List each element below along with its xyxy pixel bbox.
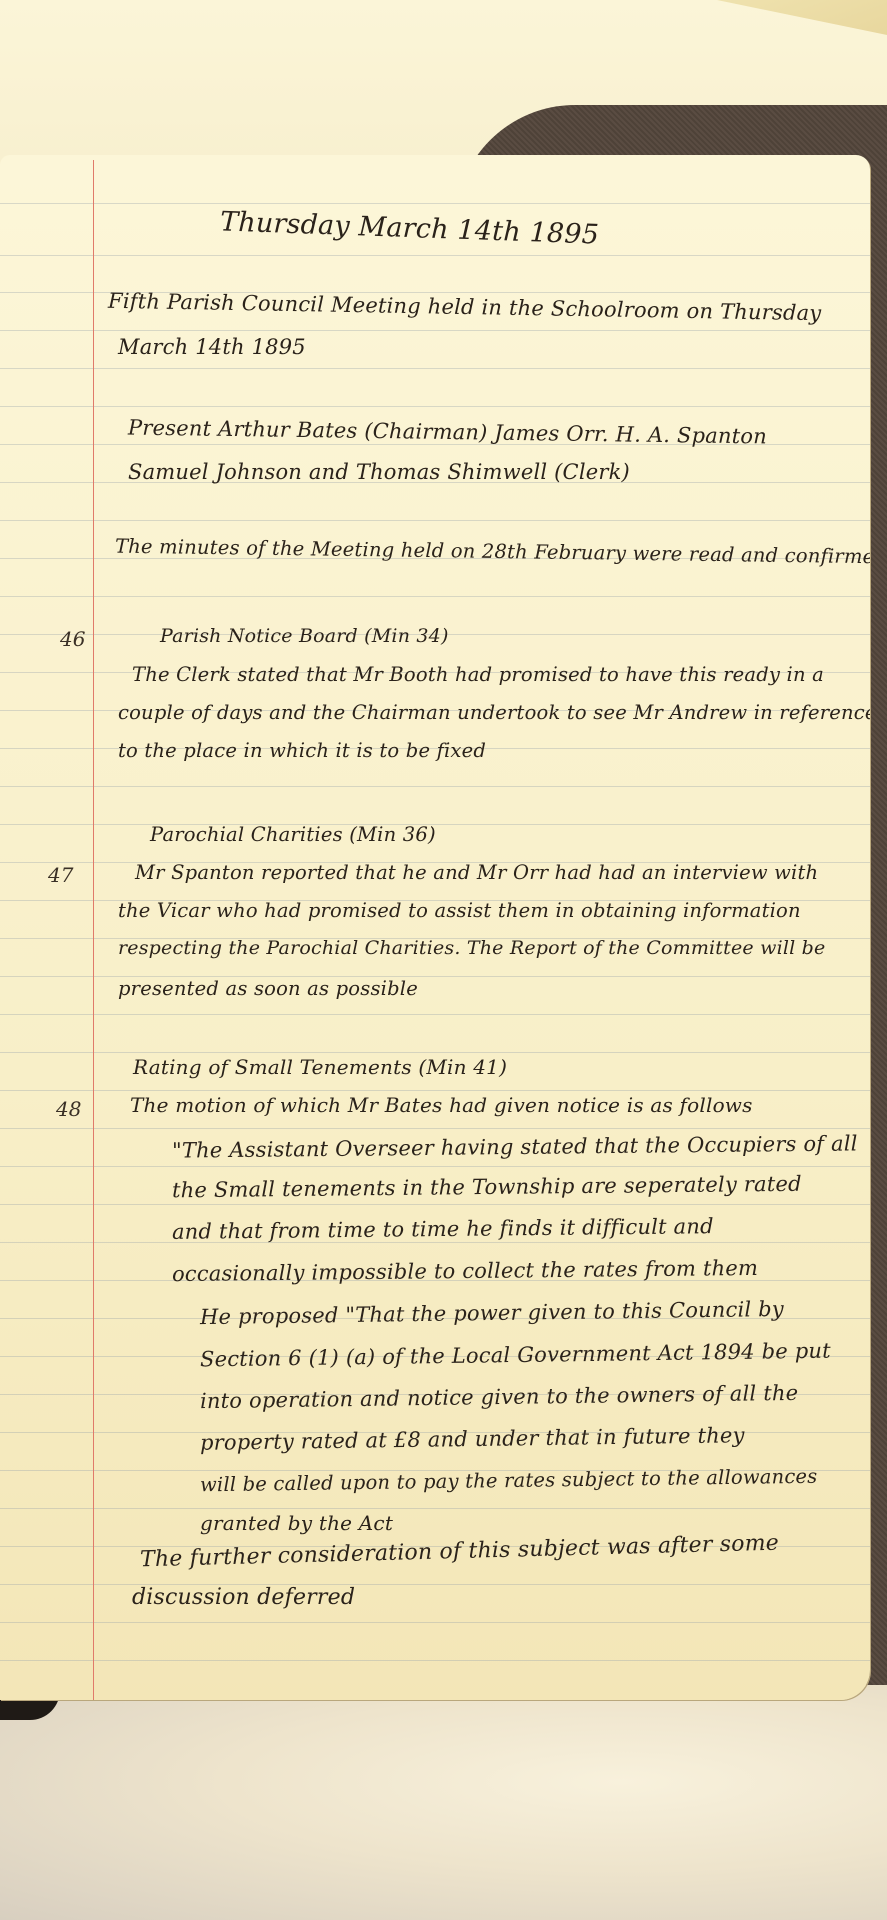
motion-text-line: He proposed "That the power given to thi…: [200, 1297, 784, 1329]
minute-title: Parish Notice Board (Min 34): [160, 625, 449, 647]
ruled-line: [0, 1584, 870, 1585]
ruled-line: [0, 330, 870, 331]
ruled-line: [0, 1166, 870, 1167]
ruled-line: [0, 1090, 870, 1091]
minute-text-line: couple of days and the Chairman undertoo…: [118, 701, 870, 724]
ruled-line: [0, 1052, 870, 1053]
minute-text-line: discussion deferred: [132, 1585, 355, 1610]
ruled-line: [0, 1622, 870, 1623]
intro-line-1: Fifth Parish Council Meeting held in the…: [108, 289, 822, 325]
margin-line: [93, 160, 94, 1700]
minute-text-line: The motion of which Mr Bates had given n…: [130, 1093, 753, 1117]
ruled-line: [0, 596, 870, 597]
minute-title: Parochial Charities (Min 36): [150, 823, 436, 846]
minute-number: 48: [56, 1097, 81, 1121]
ruled-line: [0, 255, 870, 256]
minute-number: 46: [60, 627, 85, 651]
minute-title: Rating of Small Tenements (Min 41): [133, 1055, 507, 1079]
minute-text-line: the Vicar who had promised to assist the…: [118, 899, 801, 922]
present-line-2: Samuel Johnson and Thomas Shimwell (Cler…: [128, 460, 630, 484]
page-heading: Thursday March 14th 1895: [220, 206, 600, 250]
intro-line-2: March 14th 1895: [118, 335, 306, 359]
motion-text-line: the Small tenements in the Township are …: [172, 1172, 802, 1203]
ruled-line: [0, 786, 870, 787]
motion-text-line: and that from time to time he finds it d…: [172, 1214, 714, 1244]
motion-text-line: occasionally impossible to collect the r…: [172, 1256, 758, 1286]
minutes-confirmed: The minutes of the Meeting held on 28th …: [115, 535, 870, 569]
motion-text-line: property rated at £8 and under that in f…: [200, 1423, 745, 1455]
ruled-line: [0, 203, 870, 204]
minute-text-line: respecting the Parochial Charities. The …: [118, 937, 825, 959]
minute-text-line: Mr Spanton reported that he and Mr Orr h…: [135, 861, 818, 884]
motion-text-line: Section 6 (1) (a) of the Local Governmen…: [200, 1339, 831, 1372]
motion-text-line: into operation and notice given to the o…: [200, 1381, 799, 1413]
ruled-line: [0, 1128, 870, 1129]
ruled-line: [0, 406, 870, 407]
ruled-line: [0, 368, 870, 369]
ruled-line: [0, 1660, 870, 1661]
ruled-line: [0, 520, 870, 521]
ledger-page: Thursday March 14th 1895 Fifth Parish Co…: [0, 155, 870, 1700]
ruled-line: [0, 1242, 870, 1243]
ruled-line: [0, 1508, 870, 1509]
white-cloth-background: [0, 1690, 887, 1920]
minute-text-line: The Clerk stated that Mr Booth had promi…: [132, 663, 824, 686]
minute-text-line: presented as soon as possible: [118, 977, 418, 1000]
ruled-line: [0, 1204, 870, 1205]
motion-text-line: granted by the Act: [200, 1511, 393, 1535]
minute-number: 47: [48, 863, 73, 887]
minute-text-line: The further consideration of this subjec…: [140, 1531, 779, 1573]
minute-text-line: to the place in which it is to be fixed: [118, 739, 486, 762]
ruled-line: [0, 1014, 870, 1015]
motion-text-line: "The Assistant Overseer having stated th…: [172, 1131, 858, 1162]
